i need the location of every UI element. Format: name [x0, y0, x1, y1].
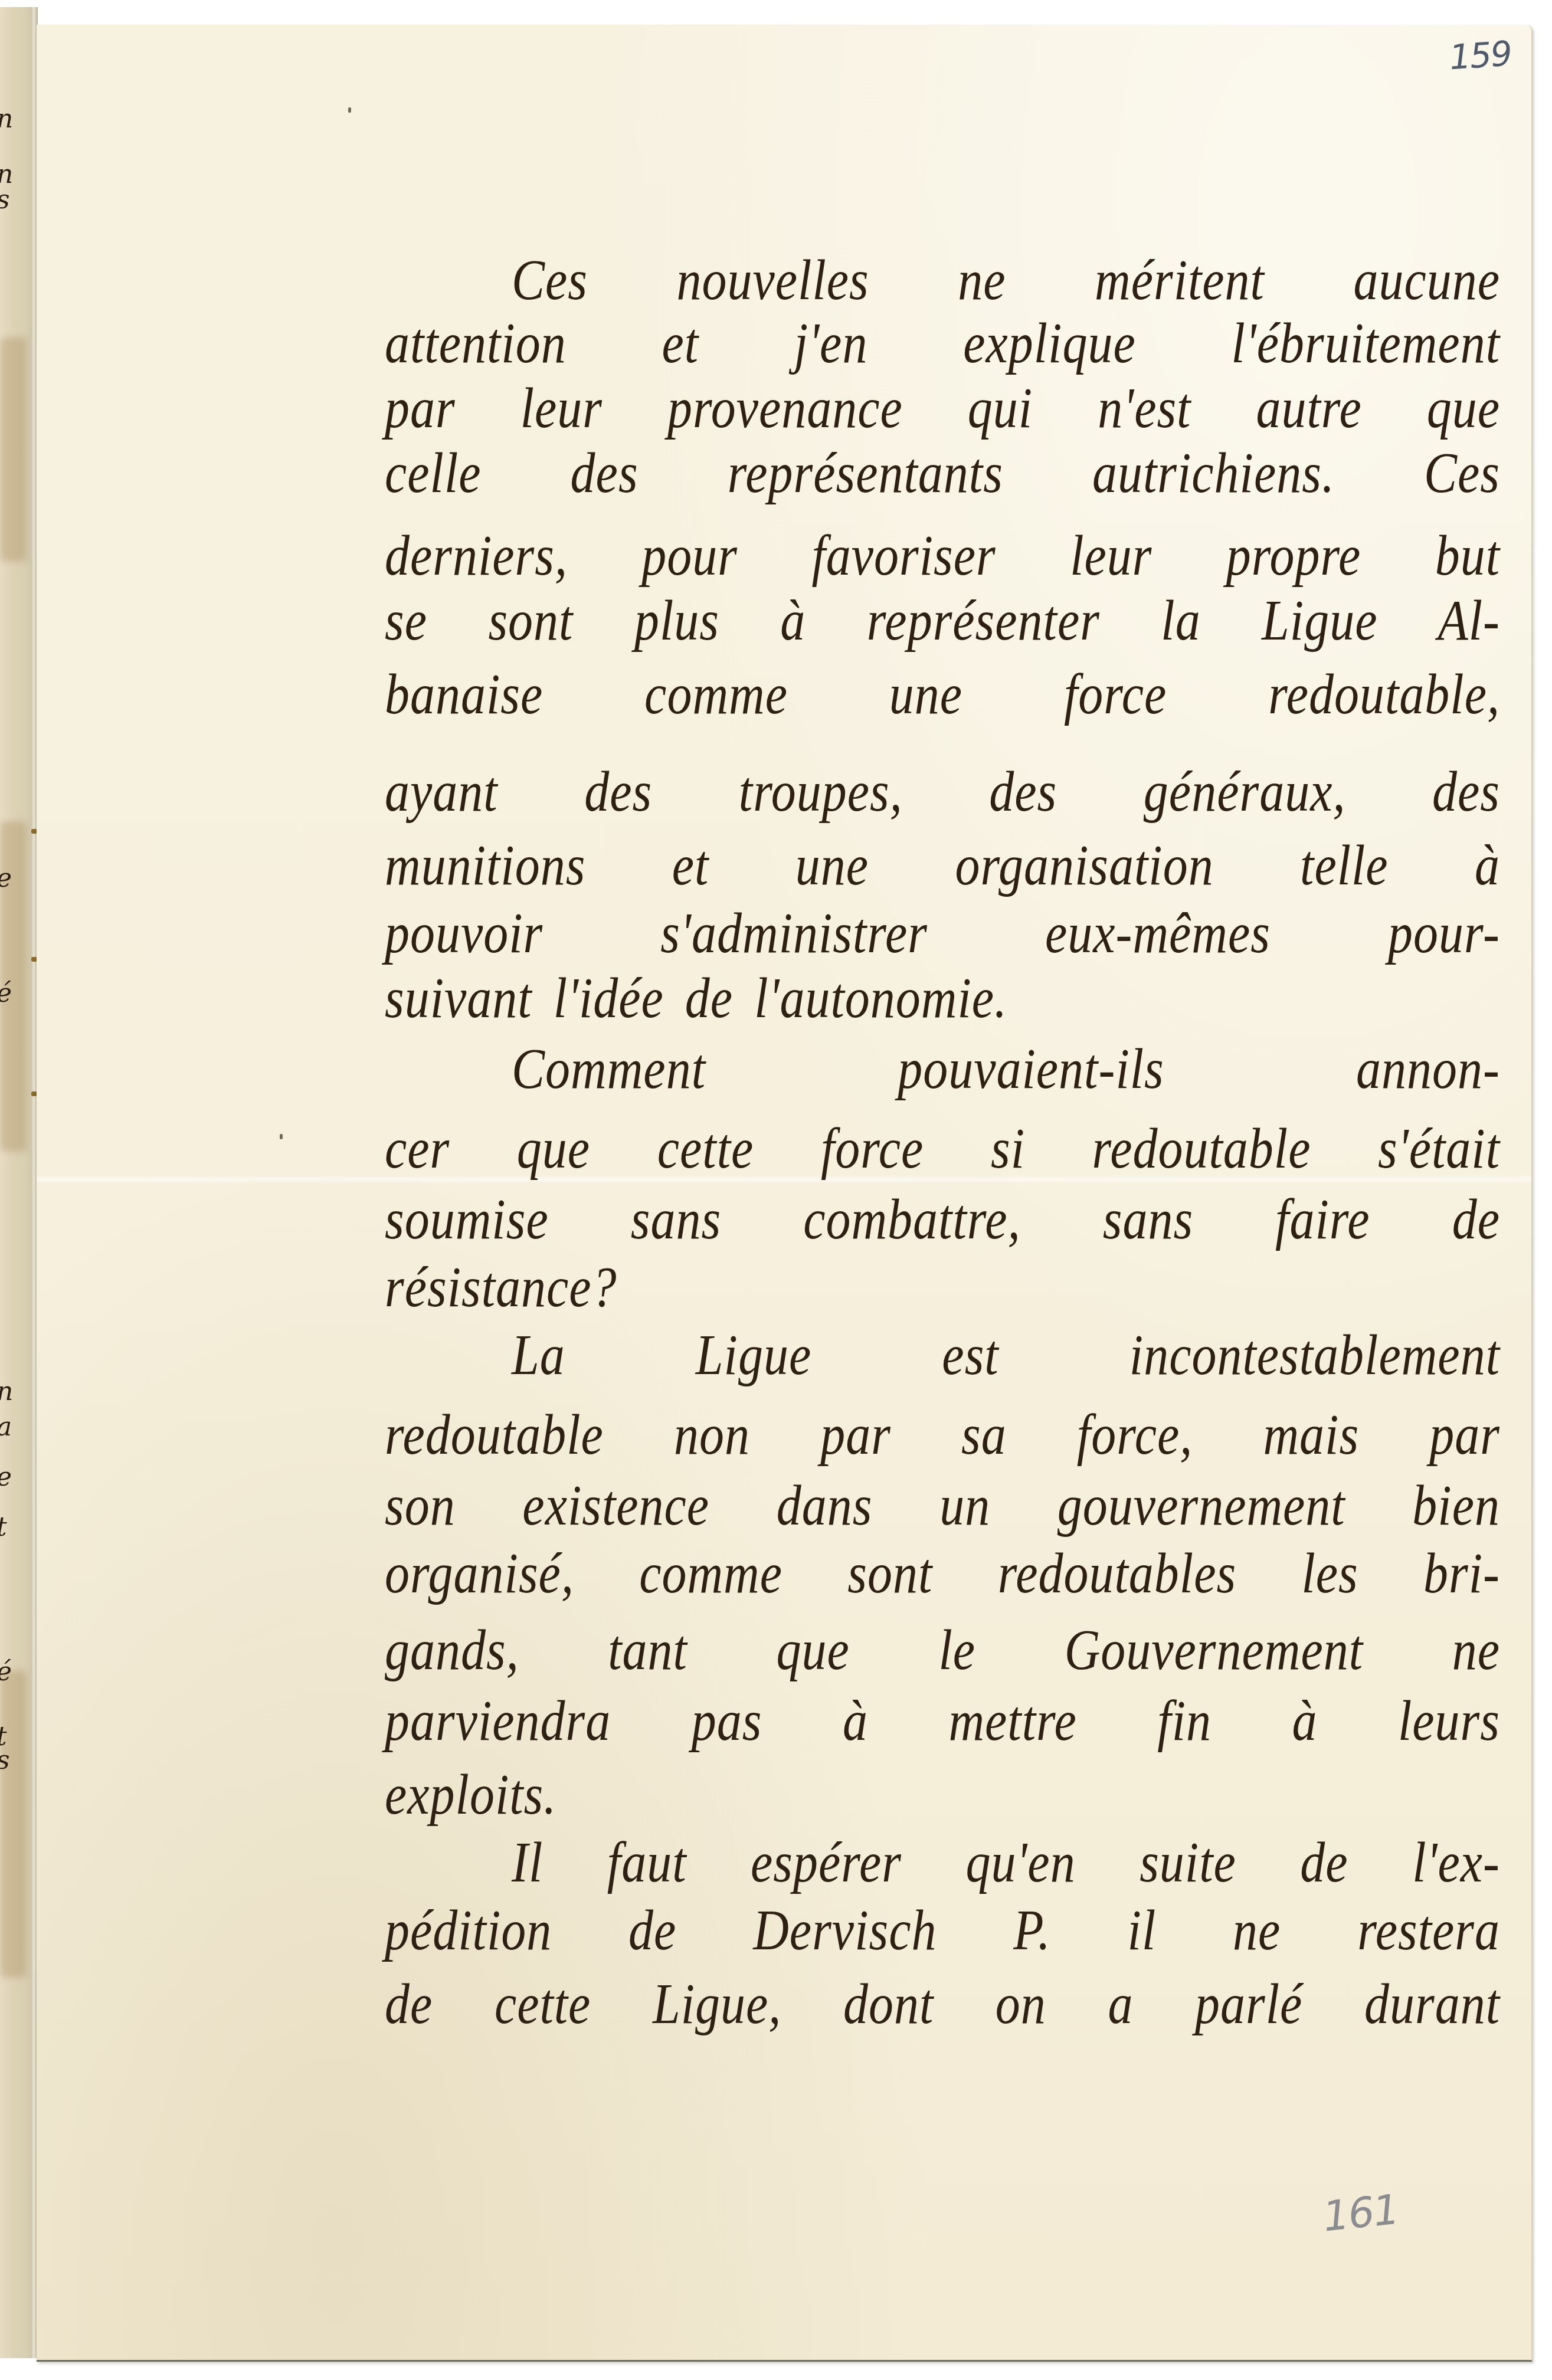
- water-stain: [0, 337, 27, 562]
- text-line: Comment pouvaient-ils annon-: [512, 1041, 1500, 1098]
- scanned-document: n n s e é n a e t é t s 159 Ces nouvelle…: [0, 0, 1552, 2380]
- previous-page-fragment: s: [0, 1748, 10, 1773]
- previous-page-fragment: t: [0, 1514, 7, 1540]
- water-stain: [0, 1671, 27, 1978]
- previous-page-fragment: n: [0, 106, 13, 132]
- text-line: munitions et une organisation telle à: [385, 837, 1500, 894]
- text-line: banaise comme une force redoutable,: [385, 666, 1500, 723]
- text-line: soumise sans combattre, sans faire de: [385, 1191, 1500, 1248]
- previous-page-fragment: s: [0, 187, 10, 213]
- text-line: cer que cette force si redoutable s'étai…: [385, 1120, 1500, 1178]
- text-line: Ces nouvelles ne méritent aucune: [512, 252, 1500, 309]
- folio-number-bottom: 161: [1321, 2185, 1400, 2241]
- text-line: suivant l'idée de l'autonomie.: [385, 970, 1500, 1027]
- text-line: organisé, comme sont redoutables les bri…: [385, 1545, 1500, 1602]
- previous-page-fragment: e: [0, 1464, 12, 1490]
- text-line: redoutable non par sa force, mais par: [385, 1407, 1500, 1464]
- text-line: résistance?: [385, 1259, 1500, 1316]
- previous-page-fragment: é: [0, 1659, 12, 1685]
- previous-page-fragment: a: [0, 1414, 12, 1440]
- text-line: par leur provenance qui n'est autre que: [385, 380, 1500, 437]
- manuscript-page: 159 Ces nouvelles ne méritent aucune att…: [37, 25, 1533, 2362]
- text-line: pédition de Dervisch P. il ne restera: [385, 1902, 1500, 1959]
- text-line: pouvoir s'administrer eux-mêmes pour-: [385, 905, 1500, 962]
- text-line: celle des représentants autrichiens. Ces: [385, 445, 1500, 502]
- previous-page-fragment: é: [0, 981, 12, 1007]
- text-line: parviendra pas à mettre fin à leurs: [385, 1693, 1500, 1750]
- text-line: exploits.: [385, 1766, 1500, 1824]
- text-line: son existence dans un gouvernement bien: [385, 1477, 1500, 1535]
- text-line: attention et j'en explique l'ébruitement: [385, 315, 1500, 372]
- previous-page-fragment: n: [0, 162, 13, 188]
- text-line: ayant des troupes, des généraux, des: [385, 763, 1500, 821]
- text-line: gands, tant que le Gouvernement ne: [385, 1622, 1500, 1679]
- handwritten-text: Ces nouvelles ne méritent aucune attenti…: [37, 25, 1531, 2360]
- previous-page-fragment: e: [0, 866, 12, 891]
- text-line: se sont plus à représenter la Ligue Al-: [385, 592, 1500, 650]
- previous-page-fragment: n: [0, 1379, 13, 1405]
- previous-page-edge: n n s e é n a e t é t s: [0, 7, 34, 2358]
- text-line: derniers, pour favoriser leur propre but: [385, 527, 1500, 585]
- text-line: Il faut espérer qu'en suite de l'ex-: [512, 1834, 1500, 1891]
- text-line: de cette Ligue, dont on a parlé durant: [385, 1976, 1500, 2033]
- text-line: La Ligue est incontestablement: [512, 1327, 1500, 1384]
